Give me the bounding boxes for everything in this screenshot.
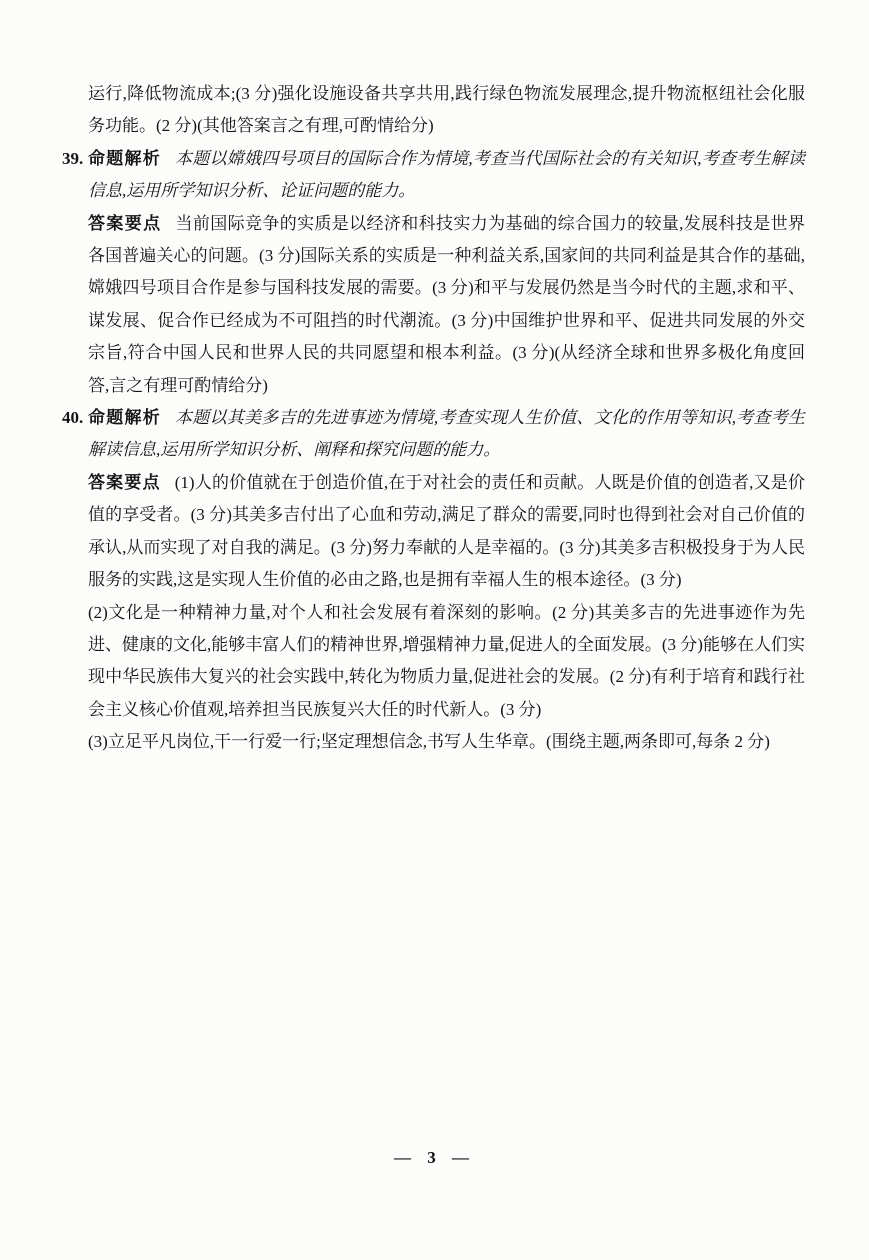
answer-paragraph: 答案要点(1)人的价值就在于创造价值,在于对社会的责任和贡献。人既是价值的创造者… <box>88 467 805 597</box>
answer-paragraph: (3)立足平凡岗位,干一行爱一行;坚定理想信念,书写人生华章。(围绕主题,两条即… <box>88 726 805 758</box>
scanned-answer-page: 运行,降低物流成本;(3 分)强化设施设备共享共用,践行绿色物流发展理念,提升物… <box>0 0 869 1260</box>
analysis-paragraph: 命题解析本题以其美多吉的先进事迹为情境,考查实现人生价值、文化的作用等知识,考查… <box>88 402 805 467</box>
item-number: 40. <box>62 402 88 434</box>
answer-paragraph: 答案要点当前国际竞争的实质是以经济和科技实力为基础的综合国力的较量,发展科技是世… <box>88 208 805 402</box>
page-content: 运行,降低物流成本;(3 分)强化设施设备共享共用,践行绿色物流发展理念,提升物… <box>62 78 805 759</box>
analysis-text: 本题以嫦娥四号项目的国际合作为情境,考查当代国际社会的有关知识,考查考生解读信息… <box>88 149 805 200</box>
analysis-label: 命题解析 <box>88 408 161 427</box>
answer-label: 答案要点 <box>88 214 161 233</box>
question-item-39: 39. 命题解析本题以嫦娥四号项目的国际合作为情境,考查当代国际社会的有关知识,… <box>62 143 805 402</box>
analysis-text: 本题以其美多吉的先进事迹为情境,考查实现人生价值、文化的作用等知识,考查考生解读… <box>88 408 805 459</box>
question-item-40: 40. 命题解析本题以其美多吉的先进事迹为情境,考查实现人生价值、文化的作用等知… <box>62 402 805 758</box>
page-number: — 3 — <box>0 1142 869 1174</box>
answer-paragraph: (2)文化是一种精神力量,对个人和社会发展有着深刻的影响。(2 分)其美多吉的先… <box>88 597 805 727</box>
answer-text-point-1: (1)人的价值就在于创造价值,在于对社会的责任和贡献。人既是价值的创造者,又是价… <box>88 473 805 589</box>
analysis-paragraph: 命题解析本题以嫦娥四号项目的国际合作为情境,考查当代国际社会的有关知识,考查考生… <box>88 143 805 208</box>
item-number: 39. <box>62 143 88 175</box>
answer-text: 当前国际竞争的实质是以经济和科技实力为基础的综合国力的较量,发展科技是世界各国普… <box>88 214 805 395</box>
analysis-label: 命题解析 <box>88 149 161 168</box>
continuation-paragraph: 运行,降低物流成本;(3 分)强化设施设备共享共用,践行绿色物流发展理念,提升物… <box>88 78 805 143</box>
answer-label: 答案要点 <box>88 473 161 492</box>
